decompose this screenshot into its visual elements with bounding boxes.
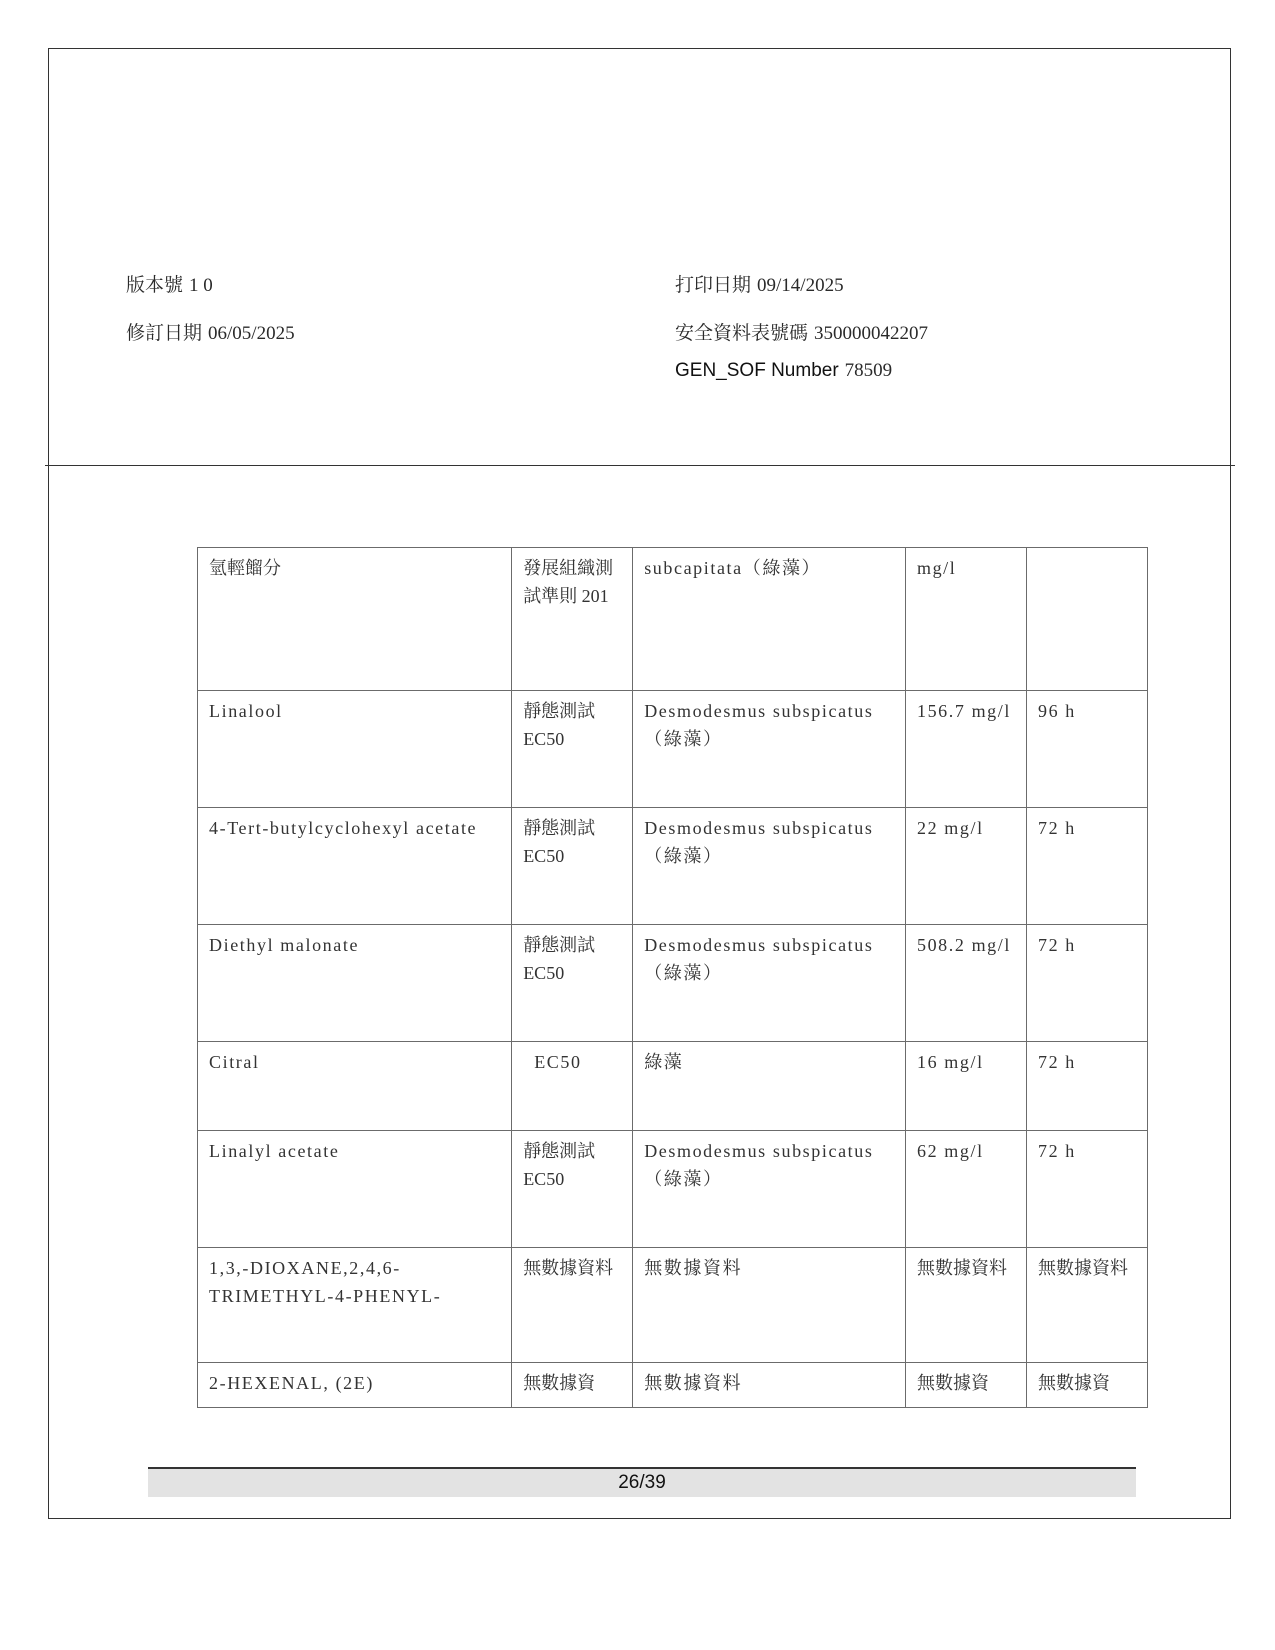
cell-method: 靜態測試 EC50	[512, 691, 633, 808]
cell-substance: 2-HEXENAL, (2E)	[198, 1363, 512, 1408]
ecotoxicity-table: 氫輕餾分發展組織測試準則 201subcapitata（綠藻）mg/lLinal…	[197, 547, 1148, 1408]
cell-method: 靜態測試 EC50	[512, 1131, 633, 1248]
cell-substance: Diethyl malonate	[198, 925, 512, 1042]
sds-number-field: 安全資料表號碼350000042207	[675, 318, 928, 345]
cell-value: 62 mg/l	[905, 1131, 1026, 1248]
cell-method: 靜態測試 EC50	[512, 925, 633, 1042]
cell-species: subcapitata（綠藻）	[633, 548, 906, 691]
cell-method: 靜態測試 EC50	[512, 808, 633, 925]
table-row: 氫輕餾分發展組織測試準則 201subcapitata（綠藻）mg/l	[198, 548, 1148, 691]
print-date-label: 打印日期	[675, 275, 751, 296]
cell-method: 無數據資	[512, 1363, 633, 1408]
cell-substance: 1,3,-DIOXANE,2,4,6-TRIMETHYL-4-PHENYL-	[198, 1248, 512, 1363]
page-number: 26/39	[148, 1469, 1136, 1497]
gen-sof-field: GEN_SOF Number78509	[675, 360, 892, 382]
cell-substance: Linalyl acetate	[198, 1131, 512, 1248]
revision-date-value: 06/05/2025	[208, 323, 295, 344]
revision-date-label: 修訂日期	[126, 323, 202, 344]
cell-value: 無數據資	[905, 1363, 1026, 1408]
cell-substance: 4-Tert-butylcyclohexyl acetate	[198, 808, 512, 925]
table-row: CitralEC50綠藻16 mg/l72 h	[198, 1042, 1148, 1131]
cell-species: 綠藻	[633, 1042, 906, 1131]
cell-value: mg/l	[905, 548, 1026, 691]
table-body: 氫輕餾分發展組織測試準則 201subcapitata（綠藻）mg/lLinal…	[198, 548, 1148, 1408]
cell-duration	[1026, 548, 1147, 691]
cell-species: 無數據資料	[633, 1248, 906, 1363]
header-divider	[45, 465, 1235, 466]
cell-value: 16 mg/l	[905, 1042, 1026, 1131]
cell-duration: 72 h	[1026, 1042, 1147, 1131]
version-label: 版本號	[126, 275, 183, 296]
gen-sof-label: GEN_SOF Number	[675, 360, 839, 381]
cell-species: Desmodesmus subspicatus（綠藻）	[633, 808, 906, 925]
print-date-value: 09/14/2025	[757, 275, 844, 296]
cell-value: 無數據資料	[905, 1248, 1026, 1363]
version-value: 1 0	[189, 275, 213, 296]
table-row: Linalool靜態測試 EC50Desmodesmus subspicatus…	[198, 691, 1148, 808]
cell-species: 無數據資料	[633, 1363, 906, 1408]
cell-value: 508.2 mg/l	[905, 925, 1026, 1042]
cell-method: 發展組織測試準則 201	[512, 548, 633, 691]
gen-sof-value: 78509	[845, 360, 893, 381]
cell-duration: 96 h	[1026, 691, 1147, 808]
version-field: 版本號1 0	[126, 270, 213, 297]
cell-duration: 72 h	[1026, 808, 1147, 925]
table-row: 2-HEXENAL, (2E)無數據資無數據資料無數據資無數據資	[198, 1363, 1148, 1408]
cell-value: 156.7 mg/l	[905, 691, 1026, 808]
cell-duration: 無數據資料	[1026, 1248, 1147, 1363]
cell-substance: Linalool	[198, 691, 512, 808]
cell-substance: 氫輕餾分	[198, 548, 512, 691]
sds-number-label: 安全資料表號碼	[675, 323, 808, 344]
table-row: Diethyl malonate靜態測試 EC50Desmodesmus sub…	[198, 925, 1148, 1042]
table-row: 4-Tert-butylcyclohexyl acetate靜態測試 EC50D…	[198, 808, 1148, 925]
cell-substance: Citral	[198, 1042, 512, 1131]
cell-species: Desmodesmus subspicatus（綠藻）	[633, 691, 906, 808]
cell-method: EC50	[512, 1042, 633, 1131]
cell-duration: 72 h	[1026, 925, 1147, 1042]
cell-duration: 72 h	[1026, 1131, 1147, 1248]
cell-duration: 無數據資	[1026, 1363, 1147, 1408]
cell-species: Desmodesmus subspicatus（綠藻）	[633, 1131, 906, 1248]
cell-species: Desmodesmus subspicatus（綠藻）	[633, 925, 906, 1042]
table-row: 1,3,-DIOXANE,2,4,6-TRIMETHYL-4-PHENYL-無數…	[198, 1248, 1148, 1363]
revision-date-field: 修訂日期06/05/2025	[126, 318, 295, 345]
print-date-field: 打印日期09/14/2025	[675, 270, 844, 297]
table-row: Linalyl acetate靜態測試 EC50Desmodesmus subs…	[198, 1131, 1148, 1248]
cell-value: 22 mg/l	[905, 808, 1026, 925]
sds-number-value: 350000042207	[814, 323, 928, 344]
cell-method: 無數據資料	[512, 1248, 633, 1363]
